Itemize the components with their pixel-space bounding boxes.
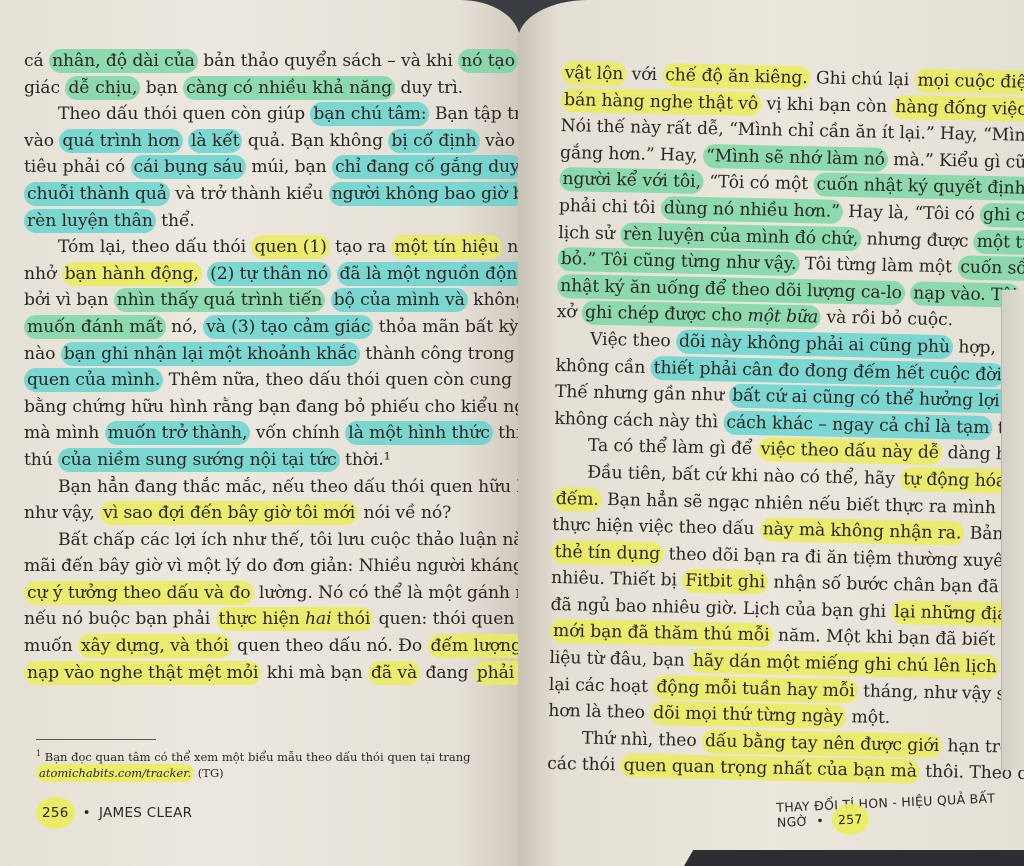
text-line: cự ý tưởng theo dấu và đo lường. Nó có t… — [24, 580, 494, 607]
highlight: này mà không nhận ra. — [759, 517, 964, 545]
highlight: đã và — [368, 661, 420, 685]
text-line: rèn luyện thân thể. — [24, 208, 494, 235]
text-run: đã ngủ bao nhiêu giờ. Lịch của bạn ghi — [550, 595, 886, 622]
highlight: bộ của mình và — [331, 288, 468, 312]
highlight: “Mình sẽ nhớ làm nó — [703, 144, 888, 172]
text-run: lường. Nó có thể là một gánh nặng — [259, 583, 558, 603]
text-run: đang — [425, 663, 468, 683]
footnote-url[interactable]: atomichabits.com/tracker. — [36, 764, 194, 782]
highlight: chỉ đang cố gắng duy — [332, 155, 523, 179]
highlight: là một hình thức — [345, 421, 492, 445]
highlight: chế độ ăn kiêng. — [662, 63, 811, 90]
text-run: Ta có thể làm gì để — [588, 436, 753, 459]
highlight: nó tạo — [458, 49, 518, 73]
left-page-body: cá nhân, độ dài của bản thảo quyển sách … — [24, 48, 494, 686]
highlight: chuỗi thành quả — [24, 182, 170, 206]
text-run: duy trì. — [400, 78, 463, 98]
text-line: muốn xây dựng, và thói quen theo dấu nó.… — [24, 633, 494, 660]
text-run: tạo ra — [335, 237, 386, 257]
text-run: múi, bạn — [251, 157, 326, 177]
text-run: gắng hơn.” Hay, — [560, 143, 698, 166]
text-line: nạp vào nghe thật mệt mỏi khi mà bạn đã … — [24, 660, 494, 687]
text-run: Thêm nữa, theo dấu thói quen còn cung cấ… — [169, 370, 549, 390]
text-run: khi mà bạn — [267, 663, 363, 683]
text-run: nói về nó? — [364, 503, 452, 523]
highlight: mới bạn đã thăm thú mỗi — [550, 619, 773, 648]
highlight: vì sao đợi đến bây giờ tôi mới — [100, 501, 358, 525]
highlight: nạp vào nghe thật mệt mỏi — [24, 661, 261, 685]
text-run: mãi đến bây giờ vì một lý do đơn giản: N… — [24, 556, 524, 576]
text-line: Bạn hẳn đang thắc mắc, nếu theo dấu thói… — [24, 474, 494, 501]
background-gap — [684, 850, 1024, 866]
highlight: thực hiện hai thói — [216, 607, 374, 631]
highlight: bị cố định — [388, 129, 479, 153]
highlight: cuốn nhật ký quyết định, — [813, 173, 1024, 202]
text-line: cá nhân, độ dài của bản thảo quyển sách … — [24, 48, 494, 75]
highlight: thẻ tín dụng — [551, 540, 663, 566]
highlight: bán hàng nghe thật vô — [561, 88, 761, 116]
text-run: lịch sử — [558, 223, 615, 244]
right-page-body: vật lộn với chế độ ăn kiêng. Ghi chú lại… — [547, 60, 972, 786]
footnote-text: Bạn đọc quan tâm có thể xem một biểu mẫu… — [45, 750, 471, 764]
text-run: nhưng được — [866, 229, 968, 251]
text-run: mà.” Kiểu gì cũng có — [893, 150, 1024, 174]
text-run: hơn là theo — [548, 701, 645, 723]
text-line: nếu nó buộc bạn phải thực hiện hai thói … — [24, 606, 494, 633]
highlight: bạn hành động, — [62, 262, 202, 286]
text-run: tiêu phải có — [24, 157, 125, 177]
highlight: ghi chép được cho một bữa — [582, 301, 822, 330]
highlight: cái bụng sáu — [131, 155, 246, 179]
running-head-left: JAMES CLEAR — [99, 805, 192, 821]
highlight: rèn luyện thân — [24, 209, 156, 233]
highlight: là kết — [188, 129, 243, 153]
highlight: cuốn sổ ghi chú — [957, 255, 1024, 282]
text-run: bằng chứng hữu hình rằng bạn đang bỏ phi… — [24, 397, 552, 417]
text-run: Thế nhưng gần như — [555, 382, 724, 406]
text-run: Tôi từng làm một — [805, 254, 952, 277]
text-run: nhận số bước chân bạn đã đi và bạn — [773, 573, 1024, 599]
highlight: người kể với tôi, — [559, 167, 704, 194]
text-run: năm. Một khi bạn đã biết lấy dữ — [778, 626, 1024, 652]
text-run: “Tôi có một — [709, 172, 808, 194]
text-line: bằng chứng hữu hình rằng bạn đang bỏ phi… — [24, 394, 494, 421]
highlight: dõi mọi thứ từng ngày — [650, 701, 846, 729]
text-run: vị khi bạn còn — [766, 94, 887, 117]
highlight: đã là một nguồn động — [337, 262, 532, 286]
text-line: thú của niềm sung sướng nội tại tức thời… — [24, 447, 494, 474]
text-run: phải chi tôi — [559, 196, 656, 218]
highlight: một tín hiệu — [391, 235, 502, 259]
highlight: dùng nó nhiều hơn.” — [661, 196, 844, 224]
text-run: và rồi bỏ cuộc. — [826, 308, 953, 331]
text-run: thời.¹ — [345, 450, 391, 470]
text-run: nếu nó buộc bạn phải — [24, 609, 210, 629]
text-run: liệu từ đâu, bạn — [549, 648, 684, 671]
text-line: muốn đánh mất nó, và (3) tạo cảm giác th… — [24, 314, 494, 341]
text-run: Thứ nhì, theo — [582, 728, 697, 750]
text-run: vào — [24, 131, 54, 151]
text-run: Bất chấp các lợi ích như thế, tôi lưu cu… — [58, 530, 533, 550]
right-page: vật lộn với chế độ ăn kiêng. Ghi chú lại… — [518, 0, 1024, 866]
page-number-left: 256 — [36, 797, 75, 829]
text-run: các thói — [547, 754, 615, 775]
text-run: cá — [24, 51, 44, 71]
text-line: như vậy, vì sao đợi đến bây giờ tôi mới … — [24, 500, 494, 527]
text-line: nhở bạn hành động, (2) tự thân nó đã là … — [24, 261, 494, 288]
text-line: quen của mình. Thêm nữa, theo dấu thói q… — [24, 367, 494, 394]
text-run: quả. Bạn không — [248, 131, 383, 151]
highlight: muốn đánh mất — [24, 315, 166, 339]
highlight: hàng đống việc phải — [892, 95, 1024, 123]
highlight: muốn trở thành, — [105, 421, 251, 445]
text-run: mà mình — [24, 423, 99, 443]
text-run: Tóm lại, theo dấu thói — [58, 237, 246, 257]
left-page-footer: 256•JAMES CLEAR — [36, 805, 192, 821]
text-run: nhở — [24, 264, 56, 284]
highlight: bạn ghi nhận lại một khoảnh khắc — [61, 342, 360, 366]
left-page: cá nhân, độ dài của bản thảo quyển sách … — [0, 0, 520, 866]
text-run: Ghi chú lại — [816, 68, 910, 90]
text-run: quen theo dấu nó. Đo — [237, 636, 422, 656]
highlight: ghi chép lại — [980, 203, 1024, 229]
text-run: nhiêu. Thiết bị — [551, 568, 677, 591]
text-line: mãi đến bây giờ vì một lý do đơn giản: N… — [24, 553, 494, 580]
text-run: và trở thành kiểu — [175, 184, 323, 204]
footnote-marker: 1 — [36, 749, 41, 758]
text-line: Bất chấp các lợi ích như thế, tôi lưu cu… — [24, 527, 494, 554]
text-run: Hay là, “Tôi có — [848, 202, 975, 225]
highlight: và (3) tạo cảm giác — [203, 315, 373, 339]
text-run: lại các hoạt — [549, 675, 648, 697]
highlight: việc theo dấu này dễ — [757, 437, 942, 465]
highlight: dễ chịu, — [65, 76, 140, 100]
text-run: thực hiện việc theo dấu — [552, 515, 755, 539]
text-line: Tóm lại, theo dấu thói quen (1) tạo ra m… — [24, 234, 494, 261]
bullet-separator: • — [816, 813, 824, 828]
highlight: dõi này không phải ai cũng phù — [676, 329, 953, 359]
text-run: Theo dấu thói quen còn giúp — [58, 104, 305, 124]
text-run: thể. — [161, 211, 195, 231]
next-page-edge — [1001, 290, 1024, 770]
highlight: quá trình hơn — [59, 129, 182, 153]
highlight: bạn chú tâm: — [310, 102, 429, 126]
text-run: xở — [557, 302, 577, 322]
text-line: bởi vì bạn nhìn thấy quá trình tiến bộ c… — [24, 287, 494, 314]
highlight: xây dựng, và thói — [78, 634, 232, 658]
highlight: đếm. — [553, 486, 602, 511]
highlight: của niềm sung sướng nội tại tức — [58, 448, 340, 472]
text-run: không cần — [555, 355, 645, 377]
text-run: vốn chính — [256, 423, 340, 443]
text-run: như vậy, — [24, 503, 95, 523]
highlight: cự ý tưởng theo dấu và đo — [24, 581, 254, 605]
text-run: một. — [851, 707, 890, 728]
highlight: dấu bằng tay nên được giới — [702, 729, 943, 758]
highlight: (2) tự thân nó — [207, 262, 331, 286]
text-run: nào — [24, 344, 55, 364]
highlight: quen (1) — [251, 235, 329, 259]
bullet-separator: • — [83, 805, 91, 821]
footnote: 1 Bạn đọc quan tâm có thể xem một biểu m… — [36, 746, 476, 781]
highlight: nhìn thấy quá trình tiến — [114, 288, 326, 312]
highlight: bỏ.” Tôi cũng từng như vậy. — [558, 247, 800, 276]
text-line: vào quá trình hơn là kết quả. Bạn không … — [24, 128, 494, 155]
text-run: muốn — [24, 636, 73, 656]
text-run: nó, — [171, 317, 198, 337]
text-line: giác dễ chịu, bạn càng có nhiều khả năng… — [24, 75, 494, 102]
text-run: tháng, như vậy sẽ thực tế — [863, 681, 1024, 706]
text-run: bản thảo quyển sách – và khi — [203, 51, 453, 71]
highlight: càng có nhiều khả năng — [183, 76, 395, 100]
highlight: Fitbit ghi — [682, 569, 768, 595]
text-line: tiêu phải có cái bụng sáu múi, bạn chỉ đ… — [24, 154, 494, 181]
highlight: một tuần thì — [973, 229, 1024, 255]
highlight: cách khác – ngay cả chỉ là tạm — [723, 410, 993, 440]
footnote-divider — [36, 739, 156, 740]
text-run: Đầu tiên, bất cứ khi nào có thể, hãy — [587, 463, 895, 489]
open-book: cá nhân, độ dài của bản thảo quyển sách … — [0, 0, 1024, 866]
text-line: mà mình muốn trở thành, vốn chính là một… — [24, 420, 494, 447]
highlight: vật lộn — [561, 61, 626, 86]
highlight: động mỗi tuần hay mỗi — [653, 675, 858, 703]
text-line: chuỗi thành quả và trở thành kiểu người … — [24, 181, 494, 208]
footnote-suffix: (TG) — [194, 766, 224, 780]
text-run: bạn — [146, 78, 178, 98]
text-run: với — [631, 64, 657, 85]
text-run: giác — [24, 78, 60, 98]
highlight: nhân, độ dài của — [49, 49, 198, 73]
highlight: quen của mình. — [24, 368, 163, 392]
text-run: bởi vì bạn — [24, 290, 108, 310]
text-run: Bạn hẳn đang thắc mắc, nếu theo dấu thói… — [58, 477, 554, 497]
text-run: không cách này thì — [554, 409, 718, 432]
highlight: quen quan trọng nhất của bạn mà — [620, 754, 920, 784]
text-run: Việc theo — [590, 330, 671, 352]
highlight: mọi cuộc điện thoại — [914, 68, 1024, 96]
highlight: lại những địa — [891, 600, 1010, 626]
text-line: Theo dấu thói quen còn giúp bạn chú tâm:… — [24, 101, 494, 128]
text-run: thú — [24, 450, 53, 470]
text-line: nào bạn ghi nhận lại một khoảnh khắc thà… — [24, 341, 494, 368]
highlight: rèn luyện của mình đó chứ, — [620, 222, 862, 251]
